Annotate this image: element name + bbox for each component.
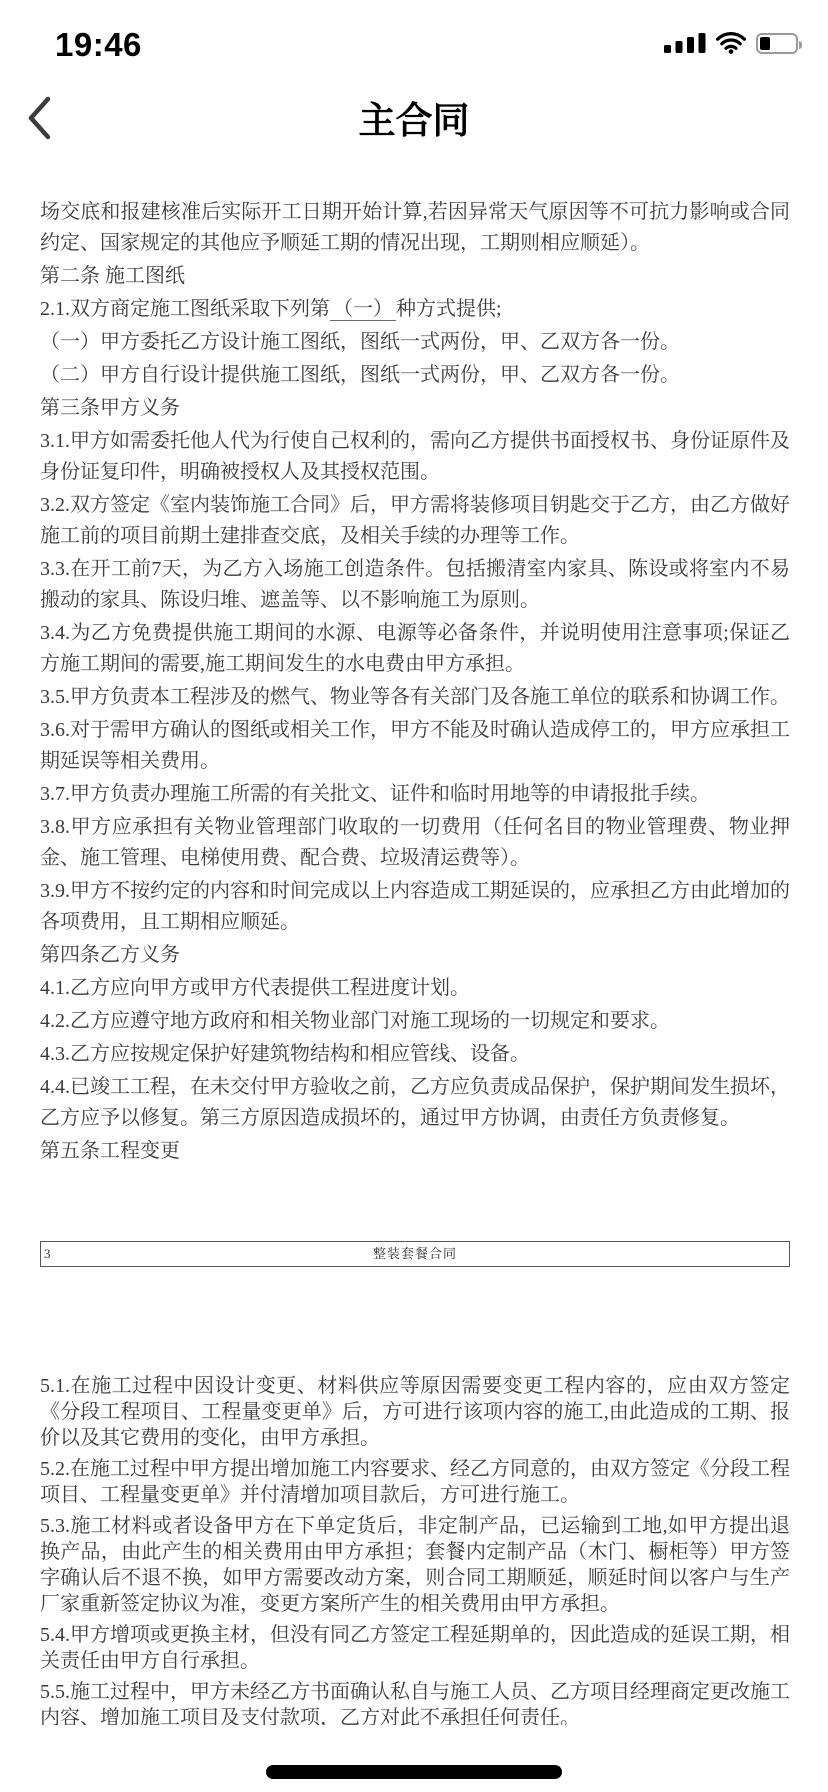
clause-paragraph: 4.4.已竣工工程，在未交付甲方验收之前，乙方应负责成品保护，保护期间发生损坏，… [40,1072,790,1134]
clause-paragraph: 3.6.对于需甲方确认的图纸或相关工作，甲方不能及时确认造成停工的，甲方应承担工… [40,715,790,777]
clause-paragraph: 3.3.在开工前7天，为乙方入场施工创造条件。包括搬清室内家具、陈设或将室内不易… [40,554,790,616]
clause-paragraph: 3.4.为乙方免费提供施工期间的水源、电源等必备条件，并说明使用注意事项;保证乙… [40,618,790,680]
clause-paragraph: （一）甲方委托乙方设计施工图纸，图纸一式两份，甲、乙双方各一份。 [40,327,790,358]
underlined-option: （一） [330,298,396,321]
doc-label: 整装套餐合同 [41,1242,789,1266]
clause-paragraph: 5.3.施工材料或者设备甲方在下单定货后，非定制产品，已运输到工地,如甲方提出退… [40,1513,790,1617]
clause-paragraph: 3.9.甲方不按约定的内容和时间完成以上内容造成工期延误的，应承担乙方由此增加的… [40,876,790,938]
clause-heading: 第五条工程变更 [40,1136,790,1167]
clause-paragraph: 2.1.双方商定施工图纸采取下列第（一）种方式提供; [40,294,790,325]
clause-heading: 第三条甲方义务 [40,393,790,424]
battery-fill [760,37,770,50]
clause-paragraph: 4.1.乙方应向甲方或甲方代表提供工程进度计划。 [40,973,790,1004]
clause-heading: 第二条 施工图纸 [40,261,790,292]
clause-paragraph: 3.2.双方签定《室内装饰施工合同》后，甲方需将装修项目钥匙交于乙方，由乙方做好… [40,490,790,552]
clause-paragraph: （二）甲方自行设计提供施工图纸，图纸一式两份，甲、乙双方各一份。 [40,360,790,391]
page-number: 3 [44,1242,51,1266]
clause-paragraph: 场交底和报建核准后实际开工日期开始计算,若因异常天气原因等不可抗力影响或合同约定… [40,197,790,259]
clause-paragraph: 5.1.在施工过程中因设计变更、材料供应等原因需要变更工程内容的，应由双方签定《… [40,1373,790,1451]
cellular-signal-icon [664,33,706,53]
page-footer: 3 整装套餐合同 [40,1241,790,1267]
clause-paragraph: 3.7.甲方负责办理施工所需的有关批文、证件和临时用地等的申请报批手续。 [40,779,790,810]
home-indicator[interactable] [266,1765,562,1779]
contract-document[interactable]: 场交底和报建核准后实际开工日期开始计算,若因异常天气原因等不可抗力影响或合同约定… [0,197,828,1725]
clause-paragraph: 5.5.施工过程中，甲方未经乙方书面确认私自与施工人员、乙方项目经理商定更改施工… [40,1679,790,1725]
battery-nub [799,41,802,49]
clause-paragraph: 4.2.乙方应遵守地方政府和相关物业部门对施工现场的一切规定和要求。 [40,1006,790,1037]
clause-paragraph: 5.2.在施工过程中甲方提出增加施工内容要求、经乙方同意的，由双方签定《分段工程… [40,1456,790,1508]
clause-paragraph: 5.4.甲方增项或更换主材，但没有同乙方签定工程延期单的，因此造成的延误工期，相… [40,1622,790,1674]
status-icons [664,32,798,54]
status-time: 19:46 [55,26,142,64]
clause-paragraph: 4.3.乙方应按规定保护好建筑物结构和相应管线、设备。 [40,1039,790,1070]
clause-paragraph: 3.8.甲方应承担有关物业管理部门收取的一切费用（任何名目的物业管理费、物业押金… [40,812,790,874]
status-bar: 19:46 [0,0,828,70]
nav-bar: 主合同 [0,84,828,154]
clause-paragraph: 3.1.甲方如需委托他人代为行使自己权利的，需向乙方提供书面授权书、身份证原件及… [40,426,790,488]
battery-icon [756,33,798,54]
page-title: 主合同 [0,90,828,144]
wifi-icon [716,32,746,54]
contract-page-4: 5.1.在施工过程中因设计变更、材料供应等原因需要变更工程内容的，应由双方签定《… [40,1373,790,1725]
contract-page-3: 场交底和报建核准后实际开工日期开始计算,若因异常天气原因等不可抗力影响或合同约定… [40,197,790,1167]
clause-heading: 第四条乙方义务 [40,940,790,971]
clause-paragraph: 3.5.甲方负责本工程涉及的燃气、物业等各有关部门及各施工单位的联系和协调工作。 [40,682,790,713]
